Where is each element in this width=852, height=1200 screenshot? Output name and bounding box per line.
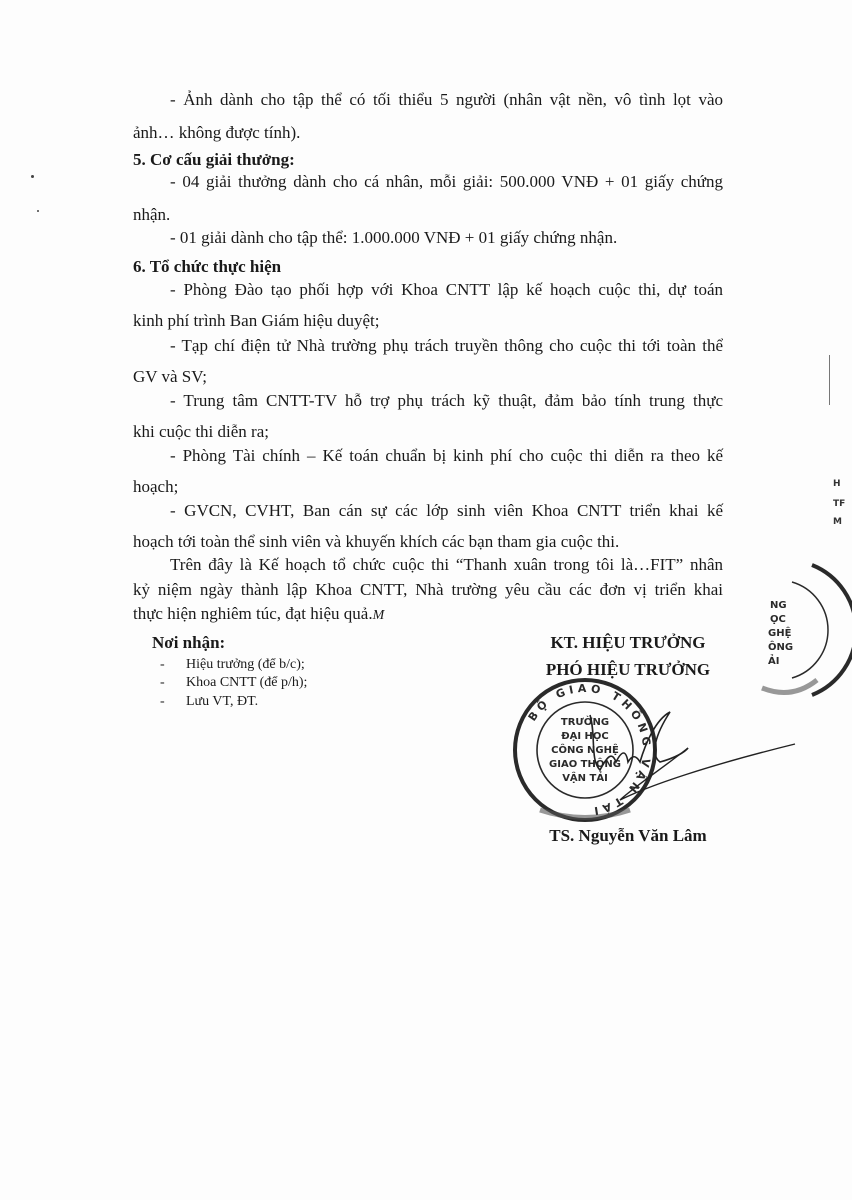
task-4-line-2: hoạch; — [133, 477, 723, 497]
document-page: - Ảnh dành cho tập thể có tối thiểu 5 ng… — [0, 0, 852, 1200]
recipient-text: Khoa CNTT (để p/h); — [186, 675, 307, 690]
section-6-heading: 6. Tổ chức thực hiện — [133, 257, 723, 277]
recipient-text: Hiệu trưởng (để b/c); — [186, 657, 305, 672]
edge-text-mark-3: M — [833, 516, 842, 528]
recipient-item: -Hiệu trưởng (để b/c); — [160, 657, 305, 673]
prize-group: - 01 giải dành cho tập thể: 1.000.000 VN… — [170, 228, 723, 248]
recipient-item: -Lưu VT, ĐT. — [160, 694, 258, 710]
svg-text:ẢI: ẢI — [768, 653, 779, 667]
prize-individual-line-1: - 04 giải thưởng dành cho cá nhân, mỗi g… — [170, 172, 723, 192]
signature-title-line-1: KT. HIỆU TRƯỞNG — [498, 633, 758, 653]
task-5-line-2: hoạch tới toàn thể sinh viên và khuyến k… — [133, 532, 723, 552]
closing-line-2: kỷ niệm ngày thành lập Khoa CNTT, Nhà tr… — [133, 580, 723, 600]
photo-rule-line-2: ảnh… không được tính). — [133, 123, 723, 143]
closing-line-1: Trên đây là Kế hoạch tổ chức cuộc thi “T… — [170, 555, 723, 575]
closing-line-3: thực hiện nghiêm túc, đạt hiệu quả.M — [133, 604, 723, 626]
bullet-dash: - — [160, 657, 186, 673]
svg-text:ỌC: ỌC — [770, 614, 786, 625]
task-1-line-2: kinh phí trình Ban Giám hiệu duyệt; — [133, 311, 723, 331]
recipient-item: -Khoa CNTT (để p/h); — [160, 675, 307, 691]
handwritten-signature-icon — [560, 700, 800, 810]
task-4-line-1: - Phòng Tài chính – Kế toán chuẩn bị kin… — [170, 446, 723, 466]
svg-text:NG: NG — [770, 600, 787, 611]
task-3-line-1: - Trung tâm CNTT-TV hỗ trợ phụ trách kỹ … — [170, 391, 723, 411]
closing-text: thực hiện nghiêm túc, đạt hiệu quả. — [133, 604, 373, 623]
scan-speck — [31, 175, 34, 178]
section-5-heading: 5. Cơ cấu giải thưởng: — [133, 150, 723, 170]
initial-mark: M — [373, 608, 385, 623]
prize-individual-line-2: nhận. — [133, 205, 723, 225]
bullet-dash: - — [160, 675, 186, 691]
recipients-title: Nơi nhận: — [152, 633, 225, 653]
task-1-line-1: - Phòng Đào tạo phối hợp với Khoa CNTT l… — [170, 280, 723, 300]
svg-text:ÔNG: ÔNG — [768, 640, 793, 653]
scan-speck — [37, 210, 39, 212]
task-3-line-2: khi cuộc thi diễn ra; — [133, 422, 723, 442]
task-2-line-1: - Tạp chí điện tử Nhà trường phụ trách t… — [170, 336, 723, 356]
task-2-line-2: GV và SV; — [133, 367, 723, 387]
signer-name: TS. Nguyễn Văn Lâm — [498, 826, 758, 846]
edge-line-mark — [829, 355, 830, 405]
svg-text:GHỆ: GHỆ — [768, 626, 792, 639]
edge-text-mark-2: TF — [833, 498, 845, 510]
bullet-dash: - — [160, 694, 186, 710]
edge-text-mark-1: H — [833, 478, 841, 490]
recipient-text: Lưu VT, ĐT. — [186, 694, 258, 709]
photo-rule-line-1: - Ảnh dành cho tập thể có tối thiểu 5 ng… — [170, 90, 723, 110]
edge-seal-fragment-icon: NG ỌC GHỆ ÔNG ẢI — [752, 560, 852, 700]
task-5-line-1: - GVCN, CVHT, Ban cán sự các lớp sinh vi… — [170, 501, 723, 521]
